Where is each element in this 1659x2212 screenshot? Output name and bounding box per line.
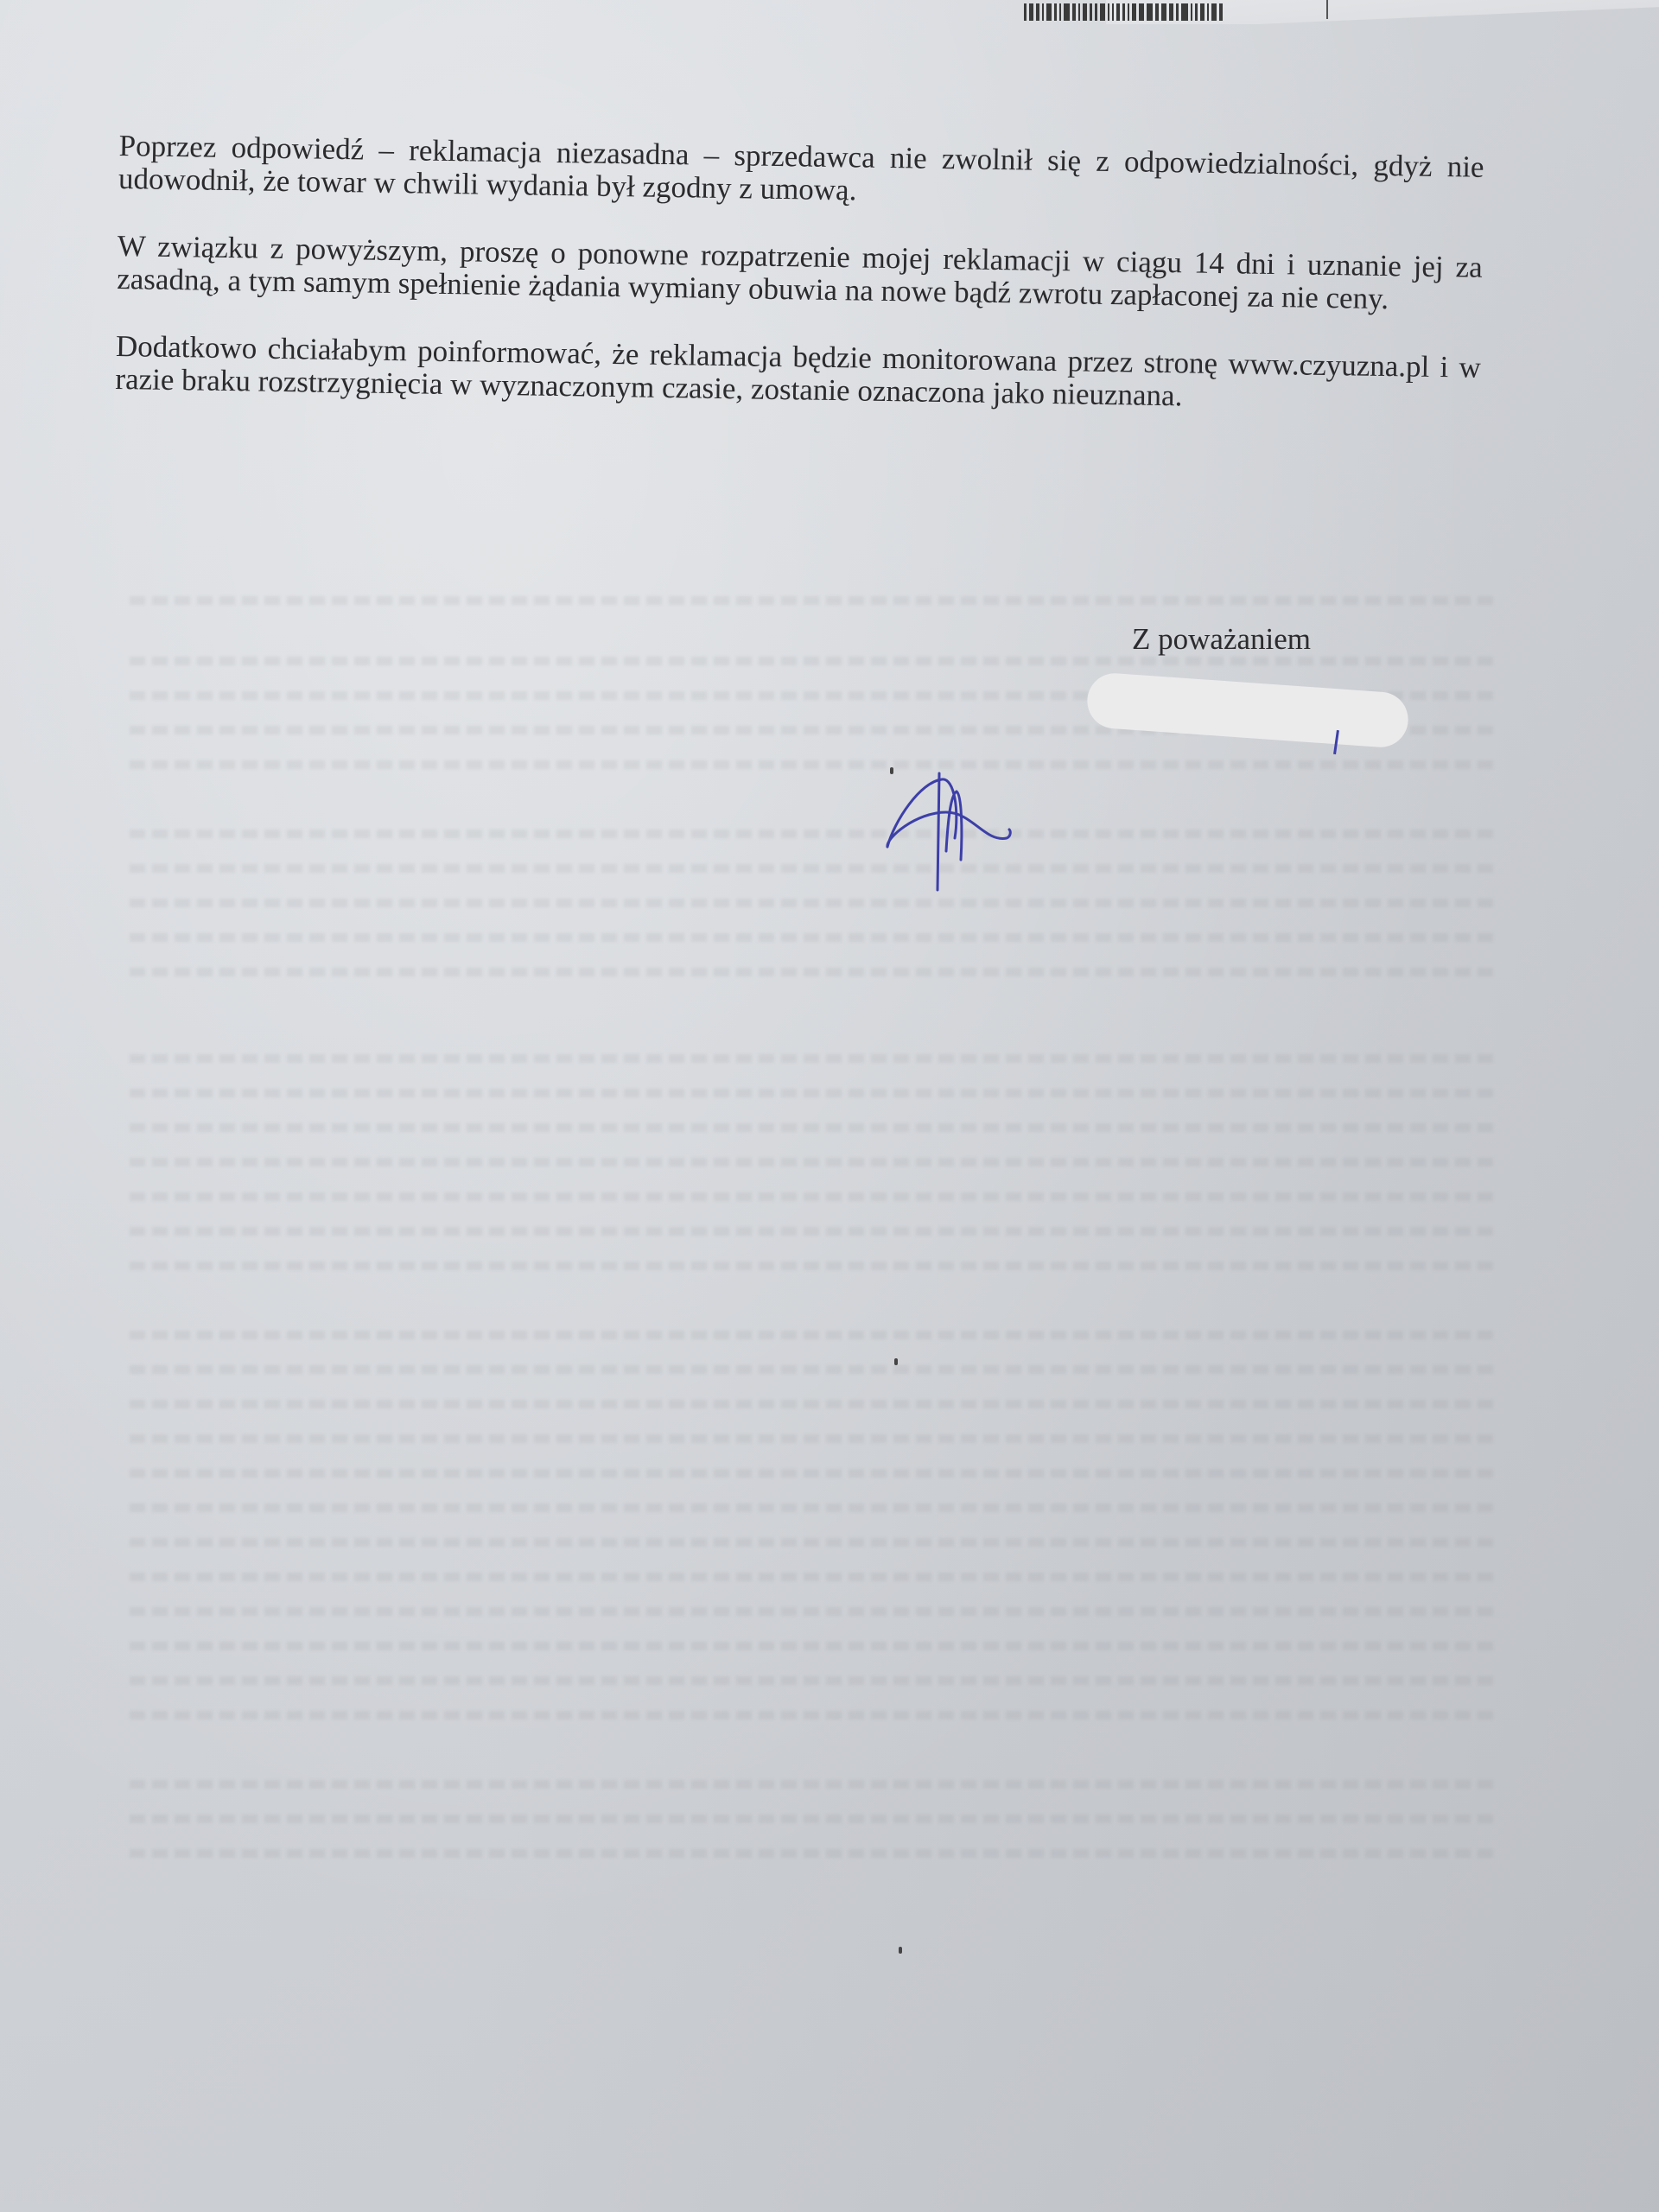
paragraph-3: Dodatkowo chciałabym poinformować, że re… bbox=[115, 330, 1481, 417]
sticker-edge bbox=[1326, 0, 1328, 19]
paragraph-1: Poprzez odpowiedź – reklamacja niezasadn… bbox=[118, 130, 1484, 217]
paper-speck bbox=[890, 767, 893, 774]
closing-salutation: Z poważaniem bbox=[1132, 622, 1311, 657]
paper-speck bbox=[899, 1947, 902, 1954]
redacted-name bbox=[1085, 671, 1410, 749]
paragraph-2: W związku z powyższym, proszę o ponowne … bbox=[117, 230, 1483, 317]
barcode-icon bbox=[1024, 3, 1300, 21]
letter-body: Poprzez odpowiedź – reklamacja niezasadn… bbox=[115, 130, 1484, 452]
signature-icon bbox=[877, 760, 1050, 899]
paper-speck bbox=[894, 1358, 898, 1365]
